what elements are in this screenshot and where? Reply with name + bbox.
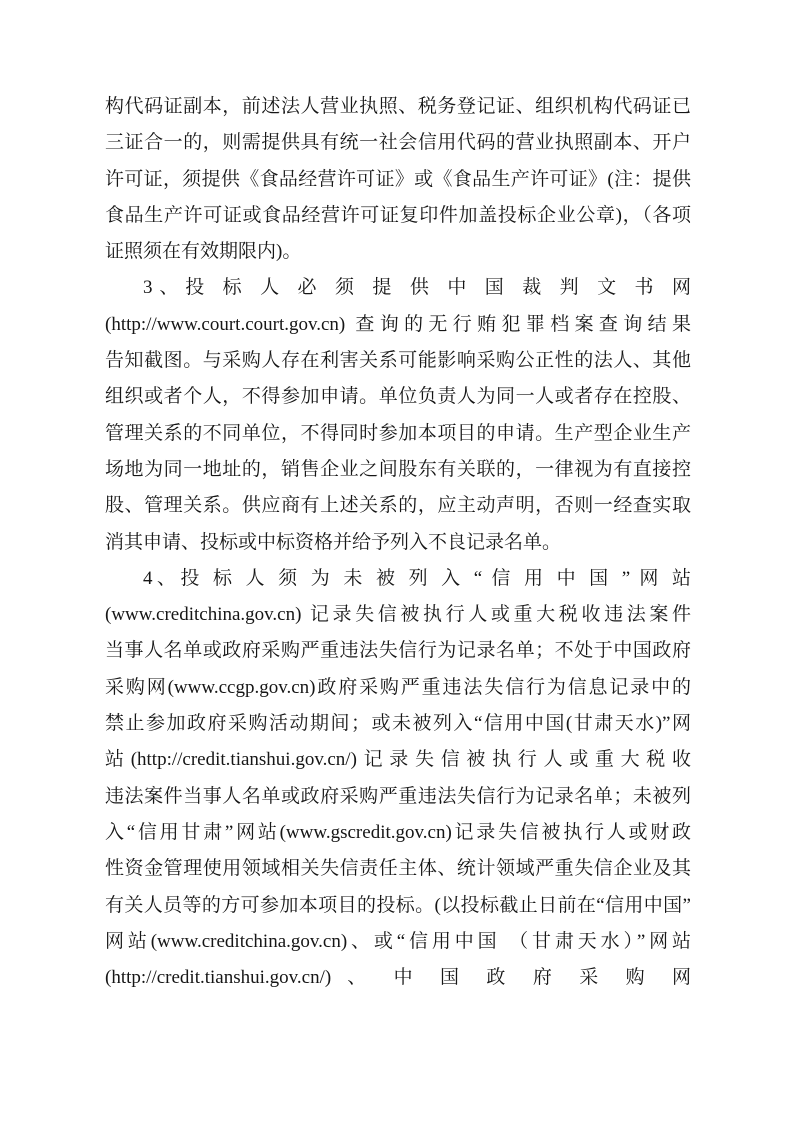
text-line: 管理关系的不同单位，不得同时参加本项目的申请。生产型企业生产 (105, 416, 691, 452)
text-line: 违法案件当事人名单或政府采购严重违法失信行为记录名单；未被列 (105, 779, 691, 815)
text-line: 入“信用甘肃”网站(www.gscredit.gov.cn)记录失信被执行人或财… (105, 815, 691, 851)
text-line: 组织或者个人，不得参加申请。单位负责人为同一人或者存在控股、 (105, 379, 691, 415)
document-page: 构代码证副本，前述法人营业执照、税务登记证、组织机构代码证已 三证合一的，则需提… (0, 0, 793, 1122)
text-line: (http://credit.tianshui.gov.cn/) 、 中 国 政… (105, 960, 691, 996)
text-line: 消其申请、投标或中标资格并给予列入不良记录名单。 (105, 525, 691, 561)
text-line: (www.creditchina.gov.cn) 记录失信被执行人或重大税收违法… (105, 597, 691, 633)
text-line: 许可证，须提供《食品经营许可证》或《食品生产许可证》(注：提供 (105, 162, 691, 198)
text-line: (http://www.court.court.gov.cn) 查询的无行贿犯罪… (105, 307, 691, 343)
text-line: 场地为同一地址的，销售企业之间股东有关联的，一律视为有直接控 (105, 452, 691, 488)
text-line: 性资金管理使用领域相关失信责任主体、统计领域严重失信企业及其 (105, 851, 691, 887)
text-line: 采购网(www.ccgp.gov.cn)政府采购严重违法失信行为信息记录中的 (105, 670, 691, 706)
text-line: 禁止参加政府采购活动期间；或未被列入“信用中国(甘肃天水)”网 (105, 706, 691, 742)
text-line: 网站(www.creditchina.gov.cn)、或“信用中国 （甘肃天水）… (105, 924, 691, 960)
document-text-block: 构代码证副本，前述法人营业执照、税务登记证、组织机构代码证已 三证合一的，则需提… (105, 89, 691, 996)
text-line: 构代码证副本，前述法人营业执照、税务登记证、组织机构代码证已 (105, 89, 691, 125)
text-line: 三证合一的，则需提供具有统一社会信用代码的营业执照副本、开户 (105, 125, 691, 161)
text-line: 4、投 标 人 须 为 未 被 列 入 “ 信 用 中 国 ” 网 站 (105, 561, 691, 597)
text-line: 告知截图。与采购人存在利害关系可能影响采购公正性的法人、其他 (105, 343, 691, 379)
text-line: 站(http://credit.tianshui.gov.cn/)记录失信被执行… (105, 742, 691, 778)
text-line: 3、投 标 人 必 须 提 供 中 国 裁 判 文 书 网 (105, 270, 691, 306)
text-line: 股、管理关系。供应商有上述关系的，应主动声明，否则一经查实取 (105, 488, 691, 524)
text-line: 食品生产许可证或食品经营许可证复印件加盖投标企业公章)，（各项 (105, 198, 691, 234)
text-line: 有关人员等的方可参加本项目的投标。(以投标截止日前在“信用中国” (105, 888, 691, 924)
text-line: 证照须在有效期限内)。 (105, 234, 691, 270)
text-line: 当事人名单或政府采购严重违法失信行为记录名单；不处于中国政府 (105, 633, 691, 669)
